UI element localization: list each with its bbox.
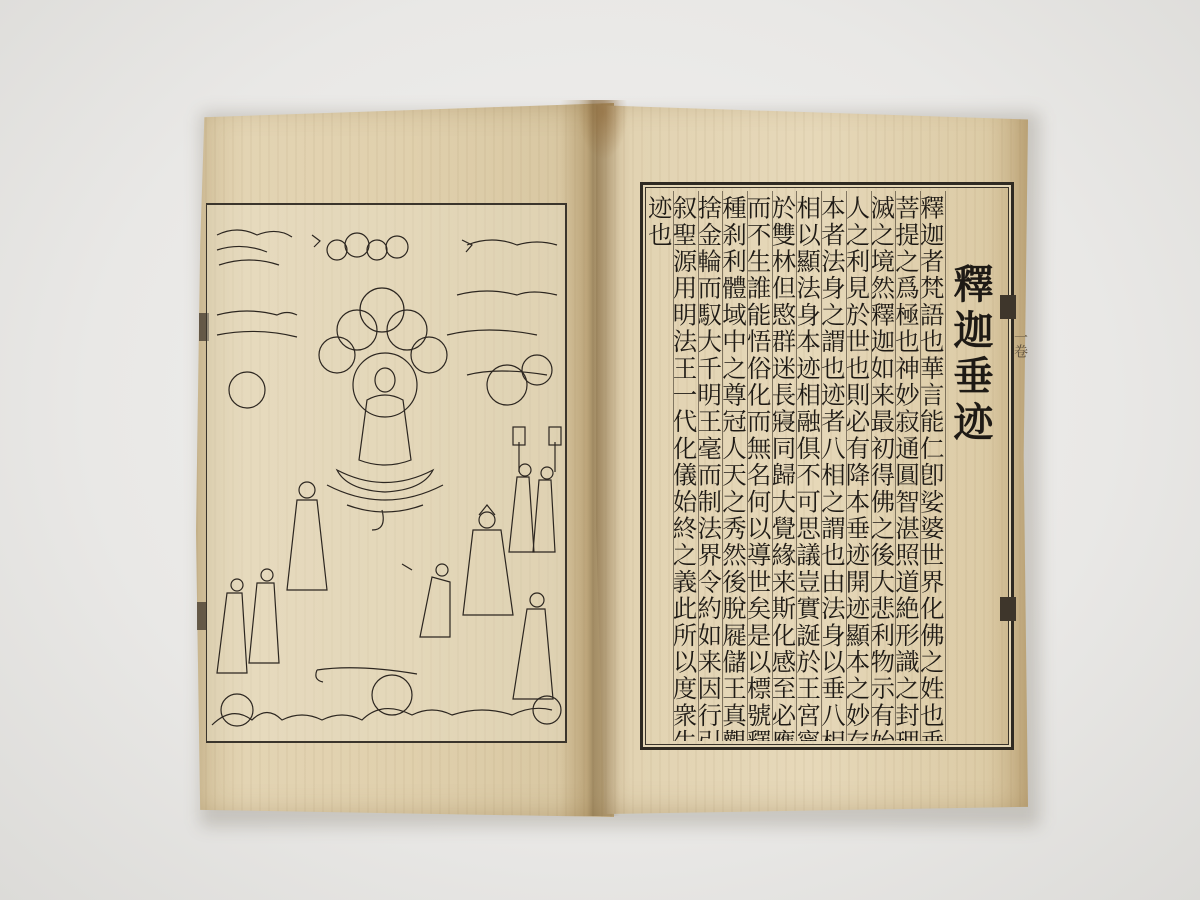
text-column: 滅之境然釋迦如来最初得佛之後大悲利物示有始終聖 bbox=[871, 191, 896, 741]
text-column: 捨金輪而馭大千明王毫而制法界令約如来因行引經論 bbox=[698, 191, 723, 741]
volume-label: 一卷 bbox=[1010, 330, 1030, 358]
woodblock-print-image bbox=[207, 205, 565, 741]
text-column: 而不生誰能悟俗化而無名何以導世矣是以標號釋迦名 bbox=[747, 191, 772, 741]
book-gutter bbox=[560, 100, 620, 816]
text-column: 於雙林但愍群迷長寢同歸大覺緣来斯化感至必應若應 bbox=[772, 191, 797, 741]
vertical-text-columns: 釋迦垂迹 釋迦者梵語也華言能仁卽娑婆世界化佛之姓也垂迹者 菩提之爲極也神妙寂通圓… bbox=[649, 191, 1005, 741]
text-column: 人之利見於世也則必有降本垂迹開迹顯本之妙存焉夫 bbox=[846, 191, 871, 741]
text-column: 種刹利體域中之尊冠人天之秀然後脫屣儲王真觀道樹 bbox=[722, 191, 747, 741]
courtiers bbox=[509, 427, 561, 699]
fishtail-mark-icon bbox=[1000, 597, 1016, 621]
text-column: 釋迦者梵語也華言能仁卽娑婆世界化佛之姓也垂迹者 bbox=[920, 191, 945, 741]
text-column: 迹也 bbox=[649, 191, 673, 741]
crowned-king bbox=[463, 505, 513, 615]
prostrate-figure bbox=[316, 668, 417, 682]
bottom-clouds bbox=[212, 675, 561, 726]
text-block: 釋迦垂迹 釋迦者梵語也華言能仁卽娑婆世界化佛之姓也垂迹者 菩提之爲極也神妙寂通圓… bbox=[640, 182, 1014, 750]
kneeling-figures bbox=[217, 569, 279, 673]
buddha-illustration bbox=[206, 203, 567, 743]
water-stain bbox=[578, 100, 628, 160]
monk-figure bbox=[287, 482, 327, 590]
kneeling-attendant bbox=[402, 564, 450, 637]
fishtail-mark-icon bbox=[1000, 295, 1016, 319]
text-column: 叙聖源用明法王一代化儀始終之義此所以度衆生之垂 bbox=[673, 191, 698, 741]
text-column: 菩提之爲極也神妙寂通圓智湛照道絶形識之封理顯生 bbox=[895, 191, 920, 741]
text-column: 相以顯法身本迹相融俱不可思議豈實誕於王宮寧真謝 bbox=[796, 191, 821, 741]
text-column: 本者法身之謂也迹者八相之謂也由法身以垂八相由八 bbox=[821, 191, 846, 741]
page-title: 釋迦垂迹 bbox=[945, 191, 1005, 741]
seated-buddha bbox=[327, 353, 443, 530]
